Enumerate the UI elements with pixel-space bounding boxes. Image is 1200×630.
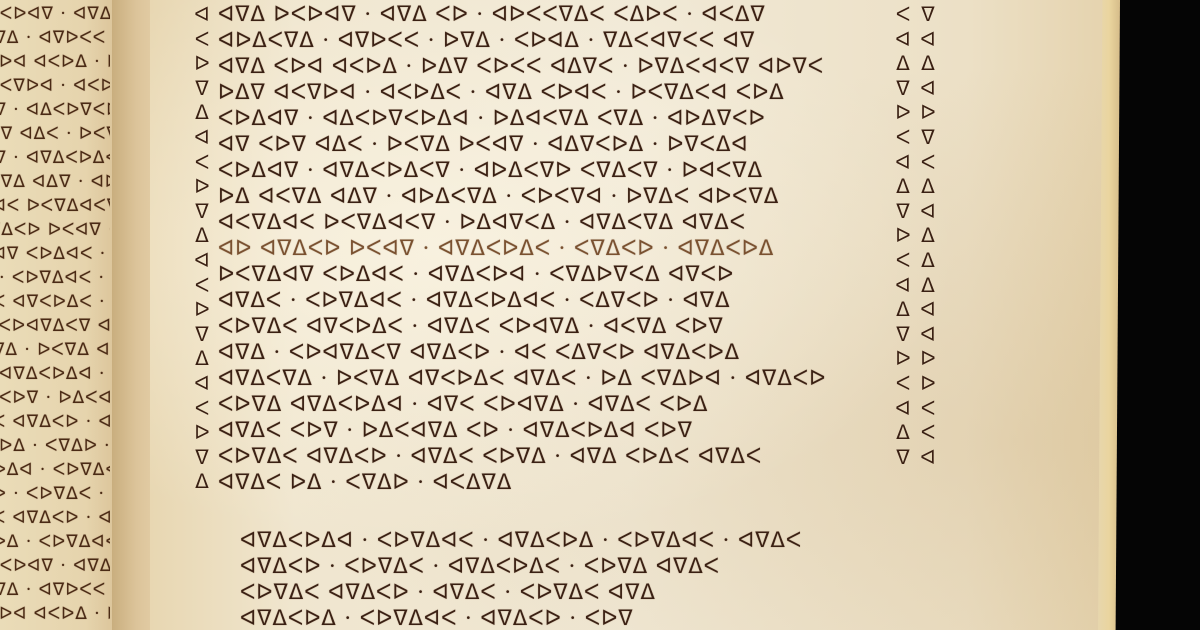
manuscript-line: ᐊᐅ ᐊᐁᐃᐸᐅ ᐅᐸᐊᐁ · ᐊᐁᐃᐸᐅᐃᐸ · ᐸᐁᐃᐸᐅ · ᐊᐁᐃᐸᐅᐃ [218, 236, 774, 260]
margin-letter: ᐅ [918, 100, 938, 125]
manuscript-line: ᐊᐁᐃᐸᐁᐃ · ᐅᐸᐁᐃ ᐊᐁᐸᐅᐃᐸ ᐊᐁᐃᐸ · ᐅᐃ ᐸᐁᐃᐅᐊ · ᐊ… [218, 366, 826, 390]
margin-letter: ᐊ [893, 273, 913, 298]
manuscript-line: ᐊᐁᐃᐸ · ᐸᐅᐁᐃᐊᐸ · ᐊᐁᐃᐸᐅᐃᐊᐸ · ᐸᐃᐁᐸᐅ · ᐊᐁᐃ [218, 288, 731, 312]
margin-letter: ᐊ [918, 297, 938, 322]
manuscript-line: ᐸᐅᐁᐃᐸ ᐊᐁᐃᐸᐅ · ᐊᐁᐃᐸ · ᐸᐅᐁᐃᐸ ᐊᐁᐃ [240, 580, 656, 604]
facing-page-line: ᐊᐅᐃᐸᐁᐃ · ᐊᐁᐅᐸᐸ · ᐅᐁᐃ · ᐸᐅᐊᐃ · ᐁᐃᐸᐊᐁᐸᐸ ᐊᐁ [0, 28, 110, 48]
facing-page-line: ᐊᐁᐃᐸ · ᐸᐅᐁᐃᐊᐸ · ᐊᐁᐃᐸᐅᐃᐊᐸ · ᐸᐃᐁᐸᐅ · ᐊᐁᐃ [0, 268, 110, 288]
margin-letter: ᐊ [893, 396, 913, 421]
margin-letter: ᐸ [190, 273, 214, 298]
margin-letter: ᐸ [918, 396, 938, 421]
margin-letter: ᐁ [190, 445, 214, 470]
manuscript-line: ᐸᐅᐁᐃᐸ ᐊᐁᐸᐅᐃᐸ · ᐊᐁᐃᐸ ᐸᐅᐊᐁᐃ · ᐊᐸᐁᐃ ᐸᐅᐁ [218, 314, 724, 338]
margin-letter: ᐃ [918, 223, 938, 248]
facing-page-line: ᐊᐅ ᐊᐁᐃᐸᐅ ᐅᐸᐊᐁ · ᐊᐁᐃᐸᐅᐃᐸ · ᐸᐁᐃᐸᐅ · ᐊᐁᐃᐸᐅᐃ [0, 220, 110, 240]
manuscript-line: ᐸᐅᐃᐊᐁ · ᐊᐁᐃᐸᐅᐃᐸᐁ · ᐊᐅᐃᐸᐁᐅ ᐸᐁᐃᐸᐁ · ᐅᐊᐸᐁᐃ [218, 158, 763, 182]
margin-letter: ᐸ [893, 2, 913, 27]
margin-letter: ᐃ [893, 51, 913, 76]
margin-letter: ᐃ [190, 223, 214, 248]
margin-letter: ᐃ [190, 346, 214, 371]
margin-letter: ᐸ [190, 150, 214, 175]
margin-letter: ᐅ [918, 371, 938, 396]
margin-letter: ᐃ [918, 174, 938, 199]
manuscript-line: ᐸᐅᐁᐃ ᐊᐁᐃᐸᐅᐃᐊ · ᐊᐁᐸ ᐸᐅᐊᐁᐃ · ᐊᐁᐃᐸ ᐸᐅᐃ [218, 392, 708, 416]
margin-letter: ᐅ [893, 223, 913, 248]
facing-page-line: ᐸᐅᐁᐃ ᐊᐁᐃᐸᐅᐃᐊ · ᐊᐁᐸ ᐸᐅᐊᐁᐃ · ᐊᐁᐃᐸ ᐸᐅᐃ [0, 364, 110, 384]
facing-page-line: ᐊᐸᐁᐃᐊᐸ ᐅᐸᐁᐃᐊᐸᐁ · ᐅᐃᐊᐁᐸᐃ · ᐊᐁᐃᐸᐁᐃ ᐊᐁᐃᐸ [0, 196, 110, 216]
margin-letter: ᐃ [190, 469, 214, 494]
margin-letter: ᐊ [190, 371, 214, 396]
manuscript-line: ᐅᐸᐁᐃᐊᐁ ᐸᐅᐃᐊᐸ · ᐊᐁᐃᐸᐅᐊ · ᐸᐁᐃᐅᐁᐸᐃ ᐊᐁᐸᐅ [218, 262, 734, 286]
facing-page-line: ᐸᐅᐁᐃᐸ ᐊᐁᐃᐸᐅ · ᐊᐁᐃᐸ · ᐸᐅᐁᐃᐸ ᐊᐁᐃ [0, 508, 110, 528]
manuscript-line: ᐊᐁᐃᐸᐅ · ᐸᐅᐁᐃᐸ · ᐊᐁᐃᐸᐅᐃᐸ · ᐸᐅᐁᐃ ᐊᐁᐃᐸ [240, 554, 720, 578]
margin-letter: ᐊ [190, 125, 214, 150]
facing-page-line: ᐊᐁᐃ ᐅᐸᐅᐊᐁ · ᐊᐁᐃ ᐸᐅ · ᐊᐅᐸᐸᐁᐃᐸ ᐸᐃᐅᐸ · ᐊᐸᐃᐁ [0, 4, 110, 24]
margin-letter: ᐸ [918, 150, 938, 175]
manuscript-line: ᐸᐅᐁᐃᐸ ᐊᐁᐃᐸᐅ · ᐊᐁᐃᐸ ᐸᐅᐁᐃ · ᐊᐁᐃ ᐸᐅᐃᐸ ᐊᐁᐃᐸ [218, 444, 762, 468]
margin-letter: ᐁ [190, 76, 214, 101]
facing-page-line: ᐊᐁᐃᐸᐅ · ᐸᐅᐁᐃᐸ · ᐊᐁᐃᐸᐅᐃᐸ · ᐸᐅᐁᐃ ᐊᐁᐃᐸ [0, 484, 110, 504]
left-margin-letter-column: ᐊᐸᐅᐁᐃᐊᐸᐅᐁᐃᐊᐸᐅᐁᐃᐊᐸᐅᐁᐃ [190, 2, 214, 494]
manuscript-line: ᐊᐁᐃᐸ ᐸᐅᐁ · ᐅᐃᐸᐊᐁᐃ ᐸᐅ · ᐊᐁᐃᐸᐅᐃᐊ ᐸᐅᐁ [218, 418, 693, 442]
facing-page-line: ᐅᐸᐁᐃᐊᐁ ᐸᐅᐃᐊᐸ · ᐊᐁᐃᐸᐅᐊ · ᐸᐁᐃᐅᐁᐸᐃ ᐊᐁᐸᐅ [0, 244, 110, 264]
facing-page-line: ᐸᐅᐃᐊᐁ · ᐊᐁᐃᐸᐅᐃᐸᐁ · ᐊᐅᐃᐸᐁᐅ ᐸᐁᐃᐸᐁ · ᐅᐊᐸᐁᐃ [0, 148, 110, 168]
manuscript-line: ᐊᐸᐁᐃᐊᐸ ᐅᐸᐁᐃᐊᐸᐁ · ᐅᐃᐊᐁᐸᐃ · ᐊᐁᐃᐸᐁᐃ ᐊᐁᐃᐸ [218, 210, 746, 234]
manuscript-line: ᐊᐁᐃᐸ ᐅᐃ · ᐸᐁᐃᐅ · ᐊᐸᐃᐁᐃ [218, 470, 512, 494]
margin-letter: ᐃ [918, 248, 938, 273]
manuscript-line: ᐅᐃᐁ ᐊᐸᐁᐅᐊ · ᐊᐸᐅᐃᐸ · ᐊᐁᐃ ᐸᐅᐊᐸ · ᐅᐸᐁᐃᐸᐊ ᐸᐅ… [218, 80, 785, 104]
facing-page-line: ᐸᐅᐁᐃᐸ ᐊᐁᐃᐸᐅ · ᐊᐁᐃᐸ ᐸᐅᐁᐃ · ᐊᐁᐃ ᐸᐅᐃᐸ ᐊᐁᐃᐸ [0, 412, 110, 432]
manuscript-line: ᐊᐅᐃᐸᐁᐃ · ᐊᐁᐅᐸᐸ · ᐅᐁᐃ · ᐸᐅᐊᐃ · ᐁᐃᐸᐊᐁᐸᐸ ᐊᐁ [218, 28, 755, 52]
manuscript-line: ᐊᐁᐃᐸᐅᐃ · ᐸᐅᐁᐃᐊᐸ · ᐊᐁᐃᐸᐅ · ᐸᐅᐁ [240, 606, 634, 630]
margin-letter: ᐅ [190, 174, 214, 199]
margin-letter: ᐸ [918, 420, 938, 445]
facing-page-line: ᐊᐁᐃ ᐸᐅᐊ ᐊᐸᐅᐃ · ᐅᐃᐁ ᐸᐅᐸᐸ ᐊᐃᐁᐸ · ᐅᐁᐃᐸᐊᐸᐁ ᐊ… [0, 52, 110, 72]
margin-letter: ᐅ [918, 346, 938, 371]
margin-letter: ᐁ [918, 2, 938, 27]
facing-page-line: ᐊᐁᐃ ᐸᐅᐊ ᐊᐸᐅᐃ · ᐅᐃᐁ ᐸᐅᐸᐸ ᐊᐃᐁᐸ · ᐅᐁᐃᐸᐊᐸᐁ ᐊ… [0, 604, 110, 624]
manuscript-line: ᐊᐁ ᐸᐅᐁ ᐊᐃᐸ · ᐅᐸᐁᐃ ᐅᐸᐊᐁ · ᐊᐃᐁᐸᐅᐃ · ᐅᐁᐸᐃᐊ [218, 132, 748, 156]
margin-letter: ᐅ [190, 420, 214, 445]
margin-letter: ᐁ [893, 199, 913, 224]
facing-page-line: ᐊᐁᐃᐸ ᐸᐅᐁ · ᐅᐃᐸᐊᐁᐃ ᐸᐅ · ᐊᐁᐃᐸᐅᐃᐊ ᐸᐅᐁ [0, 388, 110, 408]
facing-page-line: ᐸᐅᐁᐃᐸ ᐊᐁᐸᐅᐃᐸ · ᐊᐁᐃᐸ ᐸᐅᐊᐁᐃ · ᐊᐸᐁᐃ ᐸᐅᐁ [0, 292, 110, 312]
facing-page-line: ᐅᐃᐁ ᐊᐸᐁᐅᐊ · ᐊᐸᐅᐃᐸ · ᐊᐁᐃ ᐸᐅᐊᐸ · ᐅᐸᐁᐃᐸᐊ ᐸᐅ… [0, 76, 110, 96]
margin-letter: ᐃ [190, 100, 214, 125]
margin-letter: ᐊ [918, 322, 938, 347]
margin-letter: ᐊ [918, 27, 938, 52]
margin-letter: ᐃ [918, 51, 938, 76]
margin-letter: ᐸ [190, 396, 214, 421]
right-margin-letter-column-outer: ᐁᐊᐃᐊᐅᐁᐸᐃᐊᐃᐃᐃᐊᐊᐅᐅᐸᐸᐊ [918, 2, 938, 469]
facing-page-line: ᐸᐅᐃᐊᐁ · ᐊᐃᐸᐅᐁᐸᐅᐃᐊ · ᐅᐃᐊᐸᐁᐃ ᐸᐁᐃ · ᐊᐅᐃᐁᐸᐅ [0, 100, 110, 120]
margin-letter: ᐁ [893, 76, 913, 101]
margin-letter: ᐸ [893, 125, 913, 150]
manuscript-line: ᐊᐁᐃ · ᐸᐅᐊᐁᐃᐸᐁ ᐊᐁᐃᐸᐅ · ᐊᐸ ᐸᐃᐁᐸᐅ ᐊᐁᐃᐸᐅᐃ [218, 340, 740, 364]
margin-letter: ᐅ [893, 100, 913, 125]
manuscript-line: ᐸᐅᐃᐊᐁ · ᐊᐃᐸᐅᐁᐸᐅᐃᐊ · ᐅᐃᐊᐸᐁᐃ ᐸᐁᐃ · ᐊᐅᐃᐁᐸᐅ [218, 106, 766, 130]
margin-letter: ᐊ [190, 2, 214, 27]
facing-page-line: ᐊᐁ ᐸᐅᐁ ᐊᐃᐸ · ᐅᐸᐁᐃ ᐅᐸᐊᐁ · ᐊᐃᐁᐸᐅᐃ · ᐅᐁᐸᐃᐊ [0, 124, 110, 144]
facing-page-line: ᐊᐁᐃᐸᐅᐃᐊ · ᐸᐅᐁᐃᐊᐸ · ᐊᐁᐃᐸᐅᐃ · ᐸᐅᐁᐃᐊᐸ · ᐊᐁᐃ… [0, 460, 110, 480]
facing-page-line: ᐅᐃ ᐊᐸᐁᐃ ᐊᐃᐁ · ᐊᐅᐃᐸᐁᐃ · ᐸᐅᐸᐁᐊ · ᐅᐁᐃᐸ ᐊᐅᐸᐁ… [0, 172, 110, 192]
facing-page-line: ᐊᐅᐃᐸᐁᐃ · ᐊᐁᐅᐸᐸ · ᐅᐁᐃ · ᐸᐅᐊᐃ · ᐁᐃᐸᐊᐁᐸᐸ ᐊᐁ [0, 580, 110, 600]
facing-page-line: ᐊᐁᐃᐸᐁᐃ · ᐅᐸᐁᐃ ᐊᐁᐸᐅᐃᐸ ᐊᐁᐃᐸ · ᐅᐃ ᐸᐁᐃᐅᐊ · ᐊ… [0, 340, 110, 360]
margin-letter: ᐊ [918, 76, 938, 101]
margin-letter: ᐊ [918, 445, 938, 470]
manuscript-line: ᐅᐃ ᐊᐸᐁᐃ ᐊᐃᐁ · ᐊᐅᐃᐸᐁᐃ · ᐸᐅᐸᐁᐊ · ᐅᐁᐃᐸ ᐊᐅᐸᐁ… [218, 184, 779, 208]
margin-letter: ᐃ [893, 420, 913, 445]
margin-letter: ᐊ [893, 150, 913, 175]
margin-letter: ᐃ [918, 273, 938, 298]
margin-letter: ᐁ [893, 322, 913, 347]
facing-page-line: ᐊᐁᐃᐸ ᐅᐃ · ᐸᐁᐃᐅ · ᐊᐸᐃᐁᐃ [0, 436, 110, 456]
margin-letter: ᐊ [190, 248, 214, 273]
facing-page-line: ᐊᐁᐃ · ᐸᐅᐊᐁᐃᐸᐁ ᐊᐁᐃᐸᐅ · ᐊᐸ ᐸᐃᐁᐸᐅ ᐊᐁᐃᐸᐅᐃ [0, 316, 110, 336]
margin-letter: ᐃ [893, 174, 913, 199]
manuscript-line: ᐊᐁᐃᐸᐅᐃᐊ · ᐸᐅᐁᐃᐊᐸ · ᐊᐁᐃᐸᐅᐃ · ᐸᐅᐁᐃᐊᐸ · ᐊᐁᐃ… [240, 528, 802, 552]
manuscript-line: ᐊᐁᐃ ᐅᐸᐅᐊᐁ · ᐊᐁᐃ ᐸᐅ · ᐊᐅᐸᐸᐁᐃᐸ ᐸᐃᐅᐸ · ᐊᐸᐃᐁ [218, 2, 766, 26]
margin-letter: ᐅ [190, 51, 214, 76]
manuscript-line: ᐊᐁᐃ ᐸᐅᐊ ᐊᐸᐅᐃ · ᐅᐃᐁ ᐸᐅᐸᐸ ᐊᐃᐁᐸ · ᐅᐁᐃᐸᐊᐸᐁ ᐊ… [218, 54, 824, 78]
margin-letter: ᐊ [918, 199, 938, 224]
margin-letter: ᐸ [893, 371, 913, 396]
margin-letter: ᐸ [893, 248, 913, 273]
facing-page-line: ᐊᐁᐃᐸᐅᐃ · ᐸᐅᐁᐃᐊᐸ · ᐊᐁᐃᐸᐅ · ᐸᐅᐁ [0, 532, 110, 552]
margin-letter: ᐁ [893, 445, 913, 470]
margin-letter: ᐁ [918, 125, 938, 150]
margin-letter: ᐸ [190, 27, 214, 52]
margin-letter: ᐅ [893, 346, 913, 371]
margin-letter: ᐊ [893, 27, 913, 52]
facing-page-line: ᐊᐁᐃ ᐅᐸᐅᐊᐁ · ᐊᐁᐃ ᐸᐅ · ᐊᐅᐸᐸᐁᐃᐸ ᐸᐃᐅᐸ · ᐊᐸᐃᐁ [0, 556, 110, 576]
right-margin-letter-column-inner: ᐸᐊᐃᐁᐅᐸᐊᐃᐁᐅᐸᐊᐃᐁᐅᐸᐊᐃᐁ [893, 2, 913, 469]
margin-letter: ᐅ [190, 297, 214, 322]
margin-letter: ᐃ [893, 297, 913, 322]
margin-letter: ᐁ [190, 199, 214, 224]
manuscript-photo: ᐊᐁᐃ ᐅᐸᐅᐊᐁ · ᐊᐁᐃ ᐸᐅ · ᐊᐅᐸᐸᐁᐃᐸ ᐸᐃᐅᐸ · ᐊᐸᐃᐁ… [0, 0, 1200, 630]
margin-letter: ᐁ [190, 322, 214, 347]
